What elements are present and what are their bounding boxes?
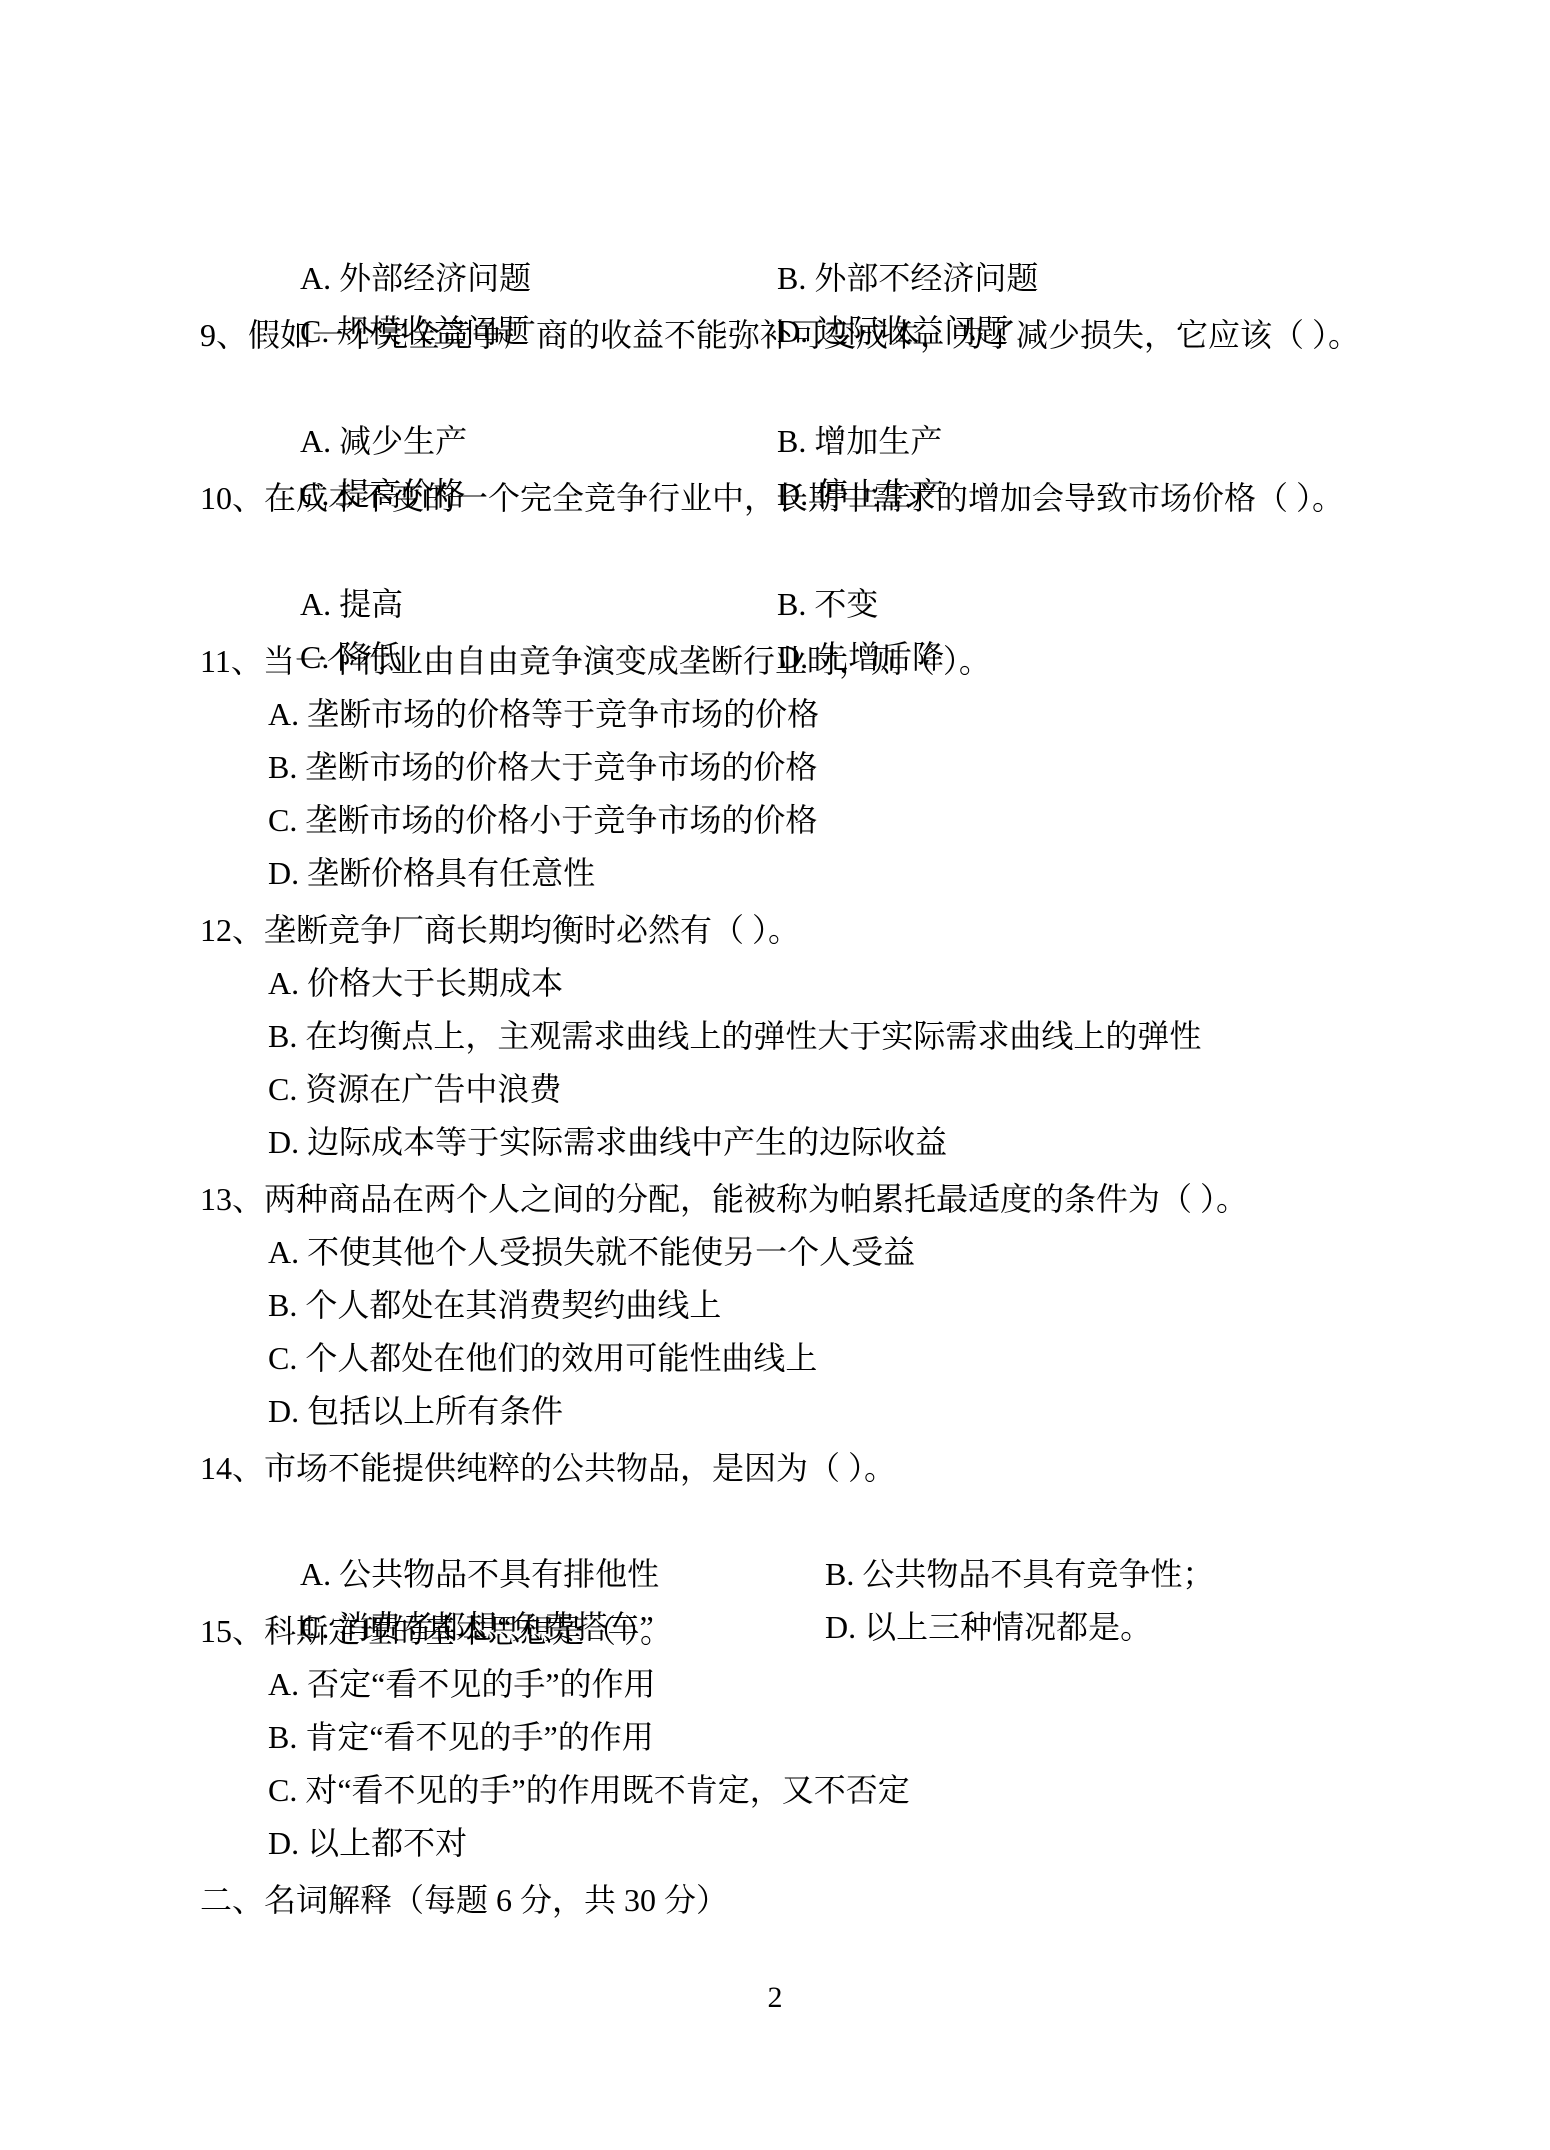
section-header: 二、名词解释（每题 6 分，共 30 分） — [0, 1874, 1550, 1927]
option-a: A. 垄断市场的价格等于竞争市场的价格 — [0, 688, 1550, 741]
option-row: A. 公共物品不具有排他性B. 公共物品不具有竞争性； — [0, 1495, 1550, 1548]
option-c: C. 对“看不见的手”的作用既不肯定，又不否定 — [0, 1764, 1550, 1817]
question-11-stem: 11、当一个行业由自由竟争演变成垄断行业时，则（ ）。 — [0, 635, 1550, 688]
option-a: A. 外部经济问题 — [300, 252, 777, 305]
option-b: B. 垄断市场的价格大于竞争市场的价格 — [0, 741, 1550, 794]
option-b: B. 外部不经济问题 — [777, 260, 1038, 296]
option-b: B. 个人都处在其消费契约曲线上 — [0, 1279, 1550, 1332]
option-c: C. 资源在广告中浪费 — [0, 1063, 1550, 1116]
option-row: A. 外部经济问题B. 外部不经济问题 — [0, 199, 1550, 252]
page-number: 2 — [0, 1971, 1550, 2024]
option-b: B. 增加生产 — [777, 423, 942, 459]
option-a: A. 提高 — [300, 578, 777, 631]
option-a: A. 公共物品不具有排他性 — [300, 1548, 825, 1601]
option-a: A. 否定“看不见的手”的作用 — [0, 1658, 1550, 1711]
question-13-stem: 13、两种商品在两个人之间的分配，能被称为帕累托最适度的条件为（ ）。 — [0, 1173, 1550, 1226]
option-d: D. 以上三种情况都是。 — [825, 1609, 1152, 1645]
document-body: A. 外部经济问题B. 外部不经济问题 C. 规模收益问题D. 边际收益问题 9… — [0, 0, 1550, 2024]
question-14-stem: 14、市场不能提供纯粹的公共物品，是因为（ ）。 — [0, 1442, 1550, 1495]
question-9-stem: 9、假如一个完全竞争厂商的收益不能弥补可变成本，为了减少损失，它应该（ ）。 — [0, 309, 1550, 362]
exam-paper-page: { "page": { "number": "2" }, "section_he… — [0, 0, 1550, 2150]
option-d: D. 以上都不对 — [0, 1817, 1550, 1870]
question-12-stem: 12、垄断竞争厂商长期均衡时必然有（ ）。 — [0, 904, 1550, 957]
option-b: B. 在均衡点上，主观需求曲线上的弹性大于实际需求曲线上的弹性 — [0, 1010, 1550, 1063]
option-d: D. 包括以上所有条件 — [0, 1385, 1550, 1438]
question-10-stem: 10、在成本不变的一个完全竞争行业中，长期中需求的增加会导致市场价格（ ）。 — [0, 472, 1550, 525]
option-c: C. 个人都处在他们的效用可能性曲线上 — [0, 1332, 1550, 1385]
option-a: A. 不使其他个人受损失就不能使另一个人受益 — [0, 1226, 1550, 1279]
option-d: D. 边际成本等于实际需求曲线中产生的边际收益 — [0, 1116, 1550, 1169]
option-b: B. 不变 — [777, 586, 878, 622]
option-row: A. 减少生产B. 增加生产 — [0, 362, 1550, 415]
option-row: A. 提高B. 不变 — [0, 525, 1550, 578]
option-d: D. 垄断价格具有任意性 — [0, 847, 1550, 900]
option-a: A. 价格大于长期成本 — [0, 957, 1550, 1010]
option-c: C. 垄断市场的价格小于竞争市场的价格 — [0, 794, 1550, 847]
option-b: B. 肯定“看不见的手”的作用 — [0, 1711, 1550, 1764]
option-a: A. 减少生产 — [300, 415, 777, 468]
option-b: B. 公共物品不具有竞争性； — [825, 1556, 1214, 1592]
